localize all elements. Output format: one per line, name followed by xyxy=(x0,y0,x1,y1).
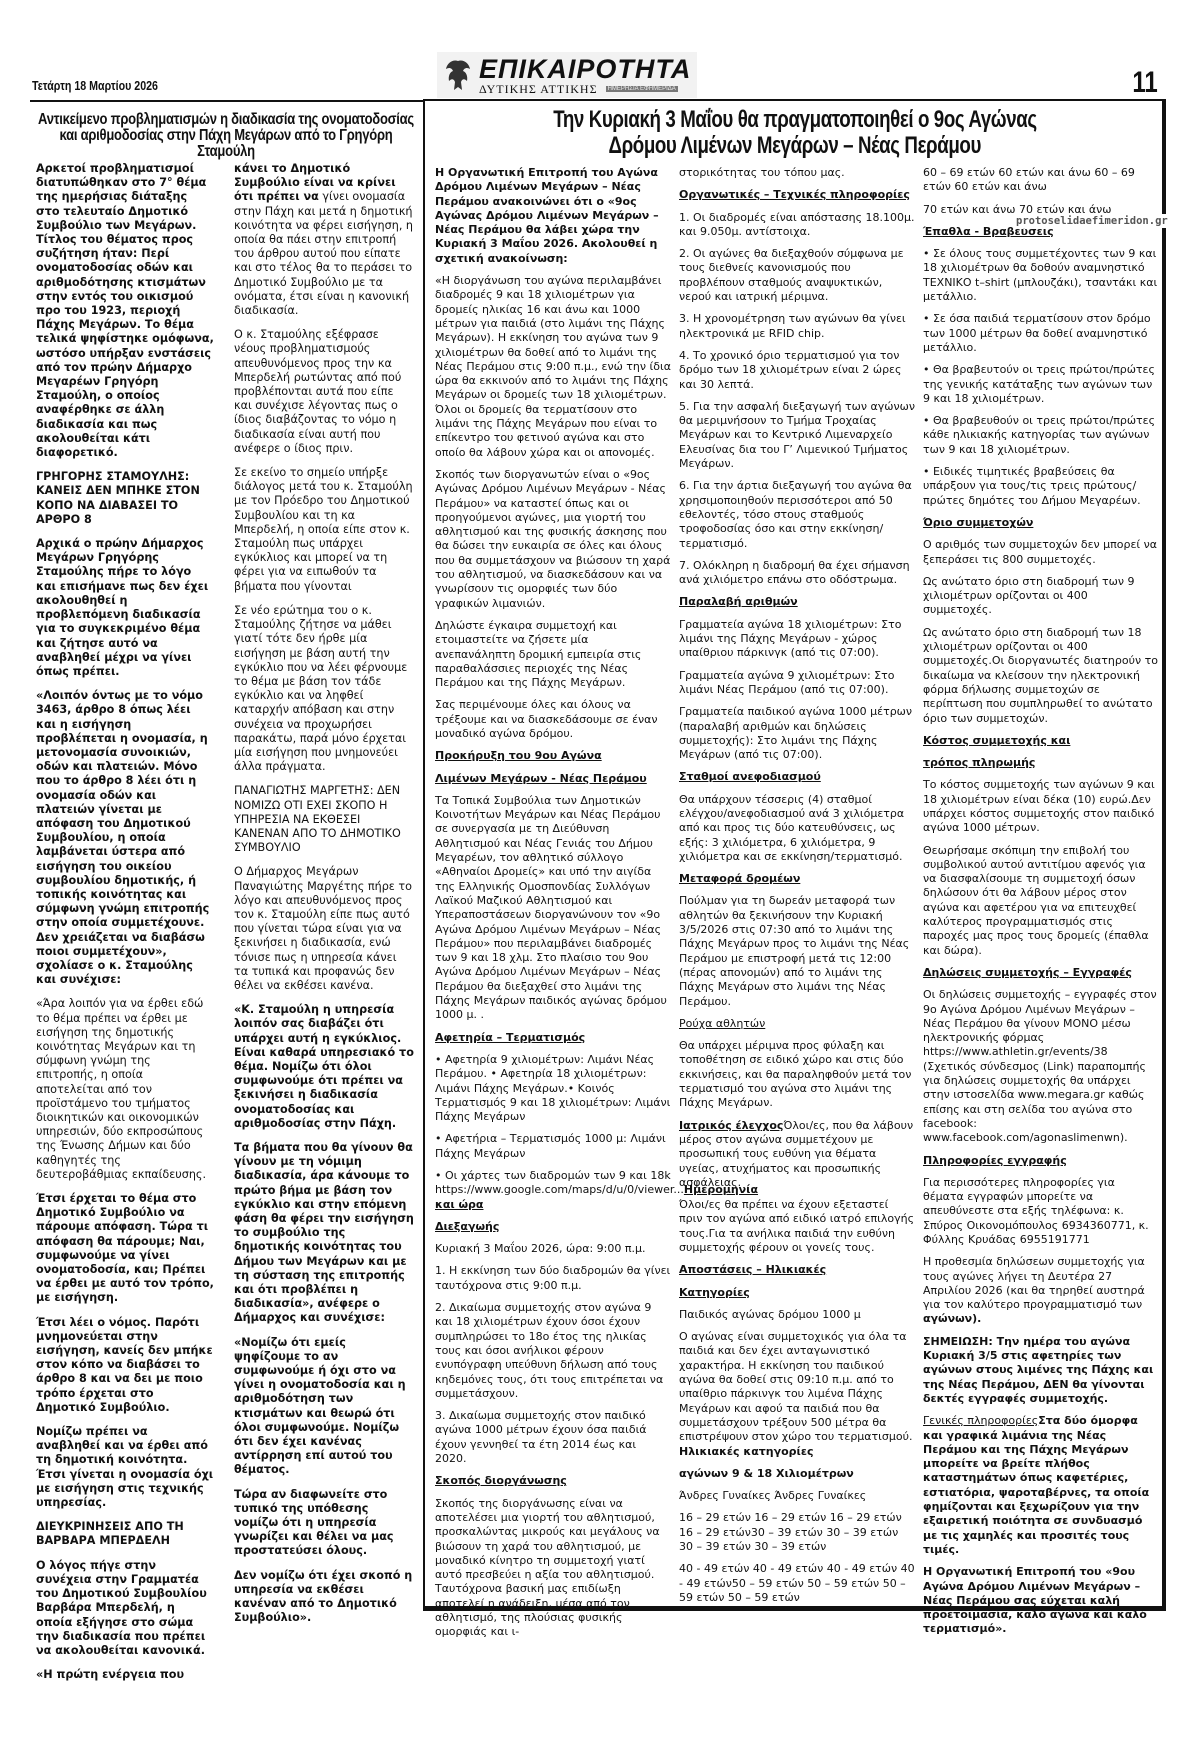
eagle-icon xyxy=(443,57,473,93)
section-heading: Λιμένων Μεγάρων - Νέας Περάμου xyxy=(435,772,671,786)
paragraph: Νομίζω πρέπει να αναβληθεί και να έρθει … xyxy=(36,1425,214,1510)
paragraph: Έτσι έρχεται το θέμα στο Δημοτικό Συμβού… xyxy=(36,1192,214,1306)
paragraph: Γραμματεία αγώνα 18 χιλιομέτρων: Στο λιμ… xyxy=(679,618,915,661)
paragraph-text: Τα βήματα που θα γίνουν θα γίνουν με τη … xyxy=(234,1141,414,1324)
paragraph: Η Οργανωτική Επιτροπή του Αγώνα Δρόμου Λ… xyxy=(435,166,671,266)
newspaper-logo: ΕΠΙΚΑΙΡΟΤΗΤΑ ΔΥΤΙΚΗΣ ΑΤΤΙΚΗΣ ΗΜΕΡΗΣΙΑ ΕΦ… xyxy=(437,52,697,98)
paragraph-text: Σε εκείνο το σημείο υπήρξε διάλογος μετά… xyxy=(234,466,413,593)
paragraph-text: γίνει ονομασία στην Πάχη και μετά η δημο… xyxy=(234,190,413,317)
paragraph-text: Αρχικά ο πρώην Δήμαρχος Μεγάρων Γρηγόρης… xyxy=(36,537,208,678)
paragraph: Σε νέο ερώτημα του ο κ. Σταμούλης ζήτησε… xyxy=(234,604,414,774)
section-heading: Παραλαβή αριθμών xyxy=(679,595,915,609)
paragraph: «Άρα λοιπόν για να έρθει εδώ το θέμα πρέ… xyxy=(36,997,214,1182)
paragraph: Θεωρήσαμε σκόπιμη την επιβολή του συμβολ… xyxy=(923,844,1159,958)
paragraph: • Αφετηρία 9 χιλιομέτρων: Λιμάνι Νέας Πε… xyxy=(435,1053,671,1124)
paragraph: Σε εκείνο το σημείο υπήρξε διάλογος μετά… xyxy=(234,466,414,594)
paragraph: ΣΗΜΕΙΩΣΗ: Την ημέρα του αγώνα Κυριακή 3/… xyxy=(923,1335,1159,1406)
paragraph: Γραμματεία παιδικού αγώνα 1000 μέτρων (π… xyxy=(679,705,915,762)
paragraph-text: Η προθεσμία δηλώσεων συμμετοχής για τους… xyxy=(923,1255,1145,1311)
paragraph: 40 - 49 ετών 40 - 49 ετών 40 - 49 ετών 4… xyxy=(679,1562,915,1605)
left-article-headline: Αντικείμενο προβληματισμών η διαδικασία … xyxy=(33,104,419,166)
paragraph: «Κ. Σταμούλη η υπηρεσία λοιπόν σας διαβά… xyxy=(234,1003,414,1131)
paragraph: Η προθεσμία δηλώσεων συμμετοχής για τους… xyxy=(923,1255,1159,1326)
race-headline-line-1: Την Κυριακή 3 Μαΐου θα πραγματοποιηθεί ο… xyxy=(553,107,1037,133)
section-heading: Δηλώσεις συμμετοχής – Εγγραφές xyxy=(923,966,1159,980)
paragraph-text: ΠΑΝΑΓΙΩΤΗΣ ΜΑΡΓΕΤΗΣ: ΔΕΝ ΝΟΜΙΖΩ ΟΤΙ ΕΧΕΙ… xyxy=(234,784,401,854)
paragraph-text: Δεν νομίζω ότι έχει σκοπό η υπηρεσία να … xyxy=(234,1569,412,1625)
paragraph: Ο κ. Σταμούλης εξέφρασε νέους προβληματι… xyxy=(234,328,414,456)
paragraph-text: Αρκετοί προβληματισμοί διατυπώθηκαν στο … xyxy=(36,162,214,459)
watermark: protoselidaefimeridon.gr xyxy=(1014,214,1170,228)
paragraph: Δηλώστε έγκαιρα συμμετοχή και ετοιμαστεί… xyxy=(435,619,671,690)
section-heading: Οργανωτικές – Τεχνικές πληροφορίες xyxy=(679,188,915,202)
section-heading: Αποστάσεις – Ηλικιακές xyxy=(679,1263,915,1277)
left-article-column-2: κάνει το Δημοτικό Συμβούλιο είναι να κρί… xyxy=(234,162,414,1636)
paragraph-text: Έτσι λέει ο νόμος. Παρότι μνημονεύεται σ… xyxy=(36,1316,213,1414)
paragraph: «Νομίζω ότι εμείς ψηφίζουμε το αν συμφων… xyxy=(234,1336,414,1478)
paragraph: Γενικές πληροφορίεςΣτα δύο όμορφα και γρ… xyxy=(923,1414,1159,1557)
section-heading: Σταθμοί ανεφοδιασμού xyxy=(679,770,915,784)
paragraph: Ο λόγος πήγε στην συνέχεια στην Γραμματέ… xyxy=(36,1559,214,1658)
paragraph: Οι δηλώσεις συμμετοχής – εγγραφές στον 9… xyxy=(923,988,1159,1145)
header-rule xyxy=(30,100,425,102)
logo-tag: ΗΜΕΡΗΣΙΑ ΕΦΗΜΕΡΙΔΑ xyxy=(606,86,678,92)
paragraph: Κυριακή 3 Μαΐου 2026, ώρα: 9:00 π.μ. xyxy=(435,1242,671,1256)
paragraph-text: Έτσι έρχεται το θέμα στο Δημοτικό Συμβού… xyxy=(36,1192,214,1304)
paragraph: Σκοπός των διοργανωτών είναι ο «9ος Αγών… xyxy=(435,468,671,611)
paragraph: Τα Τοπικά Συμβούλια των Δημοτικών Κοινοτ… xyxy=(435,794,671,1023)
race-headline: Την Κυριακή 3 Μαΐου θα πραγματοποιηθεί ο… xyxy=(425,101,1164,159)
paragraph: ΓΡΗΓΟΡΗΣ ΣΤΑΜΟΥΛΗΣ: ΚΑΝΕΙΣ ΔΕΝ ΜΠΗΚΕ ΣΤΟ… xyxy=(36,470,214,527)
paragraph: Ο αγώνας είναι συμμετοχικός για όλα τα π… xyxy=(679,1330,915,1459)
paragraph: Για περισσότερες πληροφορίες για θέματα … xyxy=(923,1176,1159,1247)
section-heading: τρόπος πληρωμής xyxy=(923,756,1159,770)
paragraph: Αρχικά ο πρώην Δήμαρχος Μεγάρων Γρηγόρης… xyxy=(36,537,214,679)
paragraph: Ο αριθμός των συμμετοχών δεν μπορεί να ξ… xyxy=(923,538,1159,567)
paragraph: 6. Για την άρτια διεξαγωγή του αγώνα θα … xyxy=(679,479,915,550)
paragraph: Η Οργανωτική Επιτροπή του «9ου Αγώνα Δρό… xyxy=(923,1565,1159,1636)
paragraph-text: «Η πρώτη ενέργεια που xyxy=(36,1668,184,1681)
paragraph: Ως ανώτατο όριο στη διαδρομή των 9 χιλιο… xyxy=(923,575,1159,618)
paragraph: Σκοπός της διοργάνωσης είναι να αποτελέσ… xyxy=(435,1497,671,1640)
left-article: Αντικείμενο προβληματισμών η διαδικασία … xyxy=(30,104,422,166)
paragraph: 1. Η εκκίνηση των δύο διαδρομών θα γίνει… xyxy=(435,1264,671,1293)
paragraph: αγώνων 9 & 18 Χιλιομέτρων xyxy=(679,1467,915,1481)
paragraph: Θα υπάρχουν τέσσερις (4) σταθμοί ελέγχου… xyxy=(679,793,915,864)
paragraph: στορικότητας του τόπου μας. xyxy=(679,166,915,180)
paragraph: ΠΑΝΑΓΙΩΤΗΣ ΜΑΡΓΕΤΗΣ: ΔΕΝ ΝΟΜΙΖΩ ΟΤΙ ΕΧΕΙ… xyxy=(234,784,414,855)
paragraph: 3. Η χρονομέτρηση των αγώνων θα γίνει ηλ… xyxy=(679,312,915,341)
paragraph-text: «Κ. Σταμούλη η υπηρεσία λοιπόν σας διαβά… xyxy=(234,1003,414,1130)
paragraph: «Η διοργάνωση του αγώνα περιλαμβάνει δια… xyxy=(435,274,671,460)
section-heading: Κόστος συμμετοχής και xyxy=(923,734,1159,748)
paragraph-text: «Άρα λοιπόν για να έρθει εδώ το θέμα πρέ… xyxy=(36,997,206,1180)
paragraph-text: ΓΡΗΓΟΡΗΣ ΣΤΑΜΟΥΛΗΣ: ΚΑΝΕΙΣ ΔΕΝ ΜΠΗΚΕ ΣΤΟ… xyxy=(36,470,200,526)
section-heading: Προκήρυξη του 9ου Αγώνα xyxy=(435,749,671,763)
section-heading: Κατηγορίες xyxy=(679,1286,915,1300)
paragraph: • Θα βραβευτούν οι τρεις πρώτοι/πρώτες τ… xyxy=(923,363,1159,406)
race-headline-line-2: Δρόμου Λιμένων Μεγάρων – Νέας Περάμου xyxy=(608,133,980,159)
paragraph: 16 – 29 ετών 16 – 29 ετών 16 – 29 ετών 1… xyxy=(679,1511,915,1554)
paragraph: 60 – 69 ετών 60 ετών και άνω 60 – 69 ετώ… xyxy=(923,166,1159,195)
race-column-2: στορικότητας του τόπου μας.Οργανωτικές –… xyxy=(679,166,915,1613)
page-number: 11 xyxy=(1133,66,1158,100)
paragraph: • Ειδικές τιμητικές βραβεύσεις θα υπάρξο… xyxy=(923,465,1159,508)
paragraph: Παιδικός αγώνας δρόμου 1000 μ xyxy=(679,1308,915,1322)
paragraph-text: Σε νέο ερώτημα του ο κ. Σταμούλης ζήτησε… xyxy=(234,604,407,773)
paragraph: • Σε όσα παιδιά τερματίσουν στον δρόμο τ… xyxy=(923,312,1159,355)
paragraph: «Η πρώτη ενέργεια που xyxy=(36,1668,214,1682)
section-heading: Ρούχα αθλητών xyxy=(679,1017,915,1031)
paragraph: 2. Οι αγώνες θα διεξαχθούν σύμφωνα με το… xyxy=(679,247,915,304)
paragraph: 7. Ολόκληρη η διαδρομή θα έχει σήμανση α… xyxy=(679,559,915,588)
paragraph: • Οι χάρτες των διαδρομών των 9 και 18k … xyxy=(435,1169,671,1212)
inline-heading: αγώνων). xyxy=(923,1312,981,1325)
inline-heading: Γενικές πληροφορίες xyxy=(923,1414,1038,1427)
paragraph: 4. Το χρονικό όριο τερματισμού για τον δ… xyxy=(679,349,915,392)
paragraph: Άνδρες Γυναίκες Άνδρες Γυναίκες xyxy=(679,1489,915,1503)
paragraph-text: ΔΙΕΥΚΡΙΝΗΣΕΙΣ ΑΠΟ ΤΗ ΒΑΡΒΑΡΑ ΜΠΕΡΔΕΛΗ xyxy=(36,1520,184,1547)
paragraph: Αρκετοί προβληματισμοί διατυπώθηκαν στο … xyxy=(36,162,214,460)
inline-heading: Ιατρικός έλεγχος xyxy=(679,1119,783,1132)
paragraph-text: Ο λόγος πήγε στην συνέχεια στην Γραμματέ… xyxy=(36,1559,207,1657)
logo-subtitle: ΔΥΤΙΚΗΣ ΑΤΤΙΚΗΣ xyxy=(479,83,598,96)
section-heading: Πληροφορίες εγγραφής xyxy=(923,1154,1159,1168)
paragraph-text: «Λοιπόν όντως με το νόμο 3463, άρθρο 8 ό… xyxy=(36,689,209,986)
paragraph: ΔΙΕΥΚΡΙΝΗΣΕΙΣ ΑΠΟ ΤΗ ΒΑΡΒΑΡΑ ΜΠΕΡΔΕΛΗ xyxy=(36,1520,214,1548)
paragraph-text: Νομίζω πρέπει να αναβληθεί και να έρθει … xyxy=(36,1425,213,1509)
paragraph-text: Στα δύο όμορφα και γραφικά λιμάνια της Ν… xyxy=(923,1414,1149,1556)
paragraph: Πούλμαν για τη δωρεάν μεταφορά των αθλητ… xyxy=(679,894,915,1008)
paragraph: Γραμματεία αγώνα 9 χιλιομέτρων: Στο λιμά… xyxy=(679,669,915,698)
paragraph: • Θα βραβευθούν οι τρεις πρώτοι/πρώτες κ… xyxy=(923,414,1159,457)
race-column-1: Η Οργανωτική Επιτροπή του Αγώνα Δρόμου Λ… xyxy=(435,166,671,1648)
paragraph-text: • Οι χάρτες των διαδρομών των 9 και 18k … xyxy=(435,1169,684,1196)
section-heading: Όριο συμμετοχών xyxy=(923,516,1159,530)
paragraph: Δεν νομίζω ότι έχει σκοπό η υπηρεσία να … xyxy=(234,1569,414,1626)
paragraph: Το κόστος συμμετοχής των αγώνων 9 και 18… xyxy=(923,778,1159,835)
paragraph: Ιατρικός έλεγχοςΌλοι/ες, που θα λάβουν μ… xyxy=(679,1119,915,1190)
paragraph-text: Ο αγώνας είναι συμμετοχικός για όλα τα π… xyxy=(679,1330,912,1443)
section-heading: Μεταφορά δρομέων xyxy=(679,872,915,886)
paragraph-text: «Νομίζω ότι εμείς ψηφίζουμε το αν συμφων… xyxy=(234,1336,406,1477)
masthead: Τετάρτη 18 Μαρτίου 2026 ΕΠΙΚΑΙΡΟΤΗΤΑ ΔΥΤ… xyxy=(0,0,1200,105)
paragraph: • Αφετήρια – Τερματισμός 1000 μ: Λιμάνι … xyxy=(435,1132,671,1161)
section-heading: Διεξαγωής xyxy=(435,1220,671,1234)
paragraph: Ως ανώτατο όριο στη διαδρομή των 18 χιλι… xyxy=(923,626,1159,726)
paragraph: «Λοιπόν όντως με το νόμο 3463, άρθρο 8 ό… xyxy=(36,689,214,987)
race-column-3: 60 – 69 ετών 60 ετών και άνω 60 – 69 ετώ… xyxy=(923,166,1159,1645)
paragraph: • Σε όλους τους συμμετέχοντες των 9 και … xyxy=(923,247,1159,304)
paragraph: Τώρα αν διαφωνείτε στο τυπικό της υπόθεσ… xyxy=(234,1488,414,1559)
paragraph: Τα βήματα που θα γίνουν θα γίνουν με τη … xyxy=(234,1141,414,1326)
race-announcement-box: Την Κυριακή 3 Μαΐου θα πραγματοποιηθεί ο… xyxy=(423,99,1166,1611)
paragraph: 1. Οι διαδρομές είναι απόστασης 18.100μ.… xyxy=(679,211,915,240)
paragraph: Έτσι λέει ο νόμος. Παρότι μνημονεύεται σ… xyxy=(36,1316,214,1415)
inline-heading: Ηλικιακές κατηγορίες xyxy=(679,1445,813,1458)
paragraph: 2. Δικαίωμα συμμετοχής στον αγώνα 9 και … xyxy=(435,1301,671,1401)
paragraph-text: Ο κ. Σταμούλης εξέφρασε νέους προβληματι… xyxy=(234,328,401,455)
section-heading: Σκοπός διοργάνωσης xyxy=(435,1474,671,1488)
paragraph: Θα υπάρχει μέριμνα προς φύλαξη και τοποθ… xyxy=(679,1039,915,1110)
paragraph: Όλοι/ες θα πρέπει να έχουν εξεταστεί πρι… xyxy=(679,1198,915,1255)
left-article-column-1: Αρκετοί προβληματισμοί διατυπώθηκαν στο … xyxy=(36,162,214,1692)
paragraph: 5. Για την ασφαλή διεξαγωγή των αγώνων θ… xyxy=(679,400,915,471)
paragraph: 3. Δικαίωμα συμμετοχής στον παιδικό αγών… xyxy=(435,1409,671,1466)
logo-title: ΕΠΙΚΑΙΡΟΤΗΤΑ xyxy=(479,55,691,83)
paragraph: Σας περιμένουμε όλες και όλους να τρέξου… xyxy=(435,698,671,741)
paragraph: Ο Δήμαρχος Μεγάρων Παναγιώτης Μαργέτης π… xyxy=(234,865,414,993)
paragraph: κάνει το Δημοτικό Συμβούλιο είναι να κρί… xyxy=(234,162,414,318)
issue-date: Τετάρτη 18 Μαρτίου 2026 xyxy=(32,78,158,93)
paragraph-text: Τώρα αν διαφωνείτε στο τυπικό της υπόθεσ… xyxy=(234,1488,394,1558)
paragraph-text: Ο Δήμαρχος Μεγάρων Παναγιώτης Μαργέτης π… xyxy=(234,865,412,992)
section-heading: Αφετηρία – Τερματισμός xyxy=(435,1031,671,1045)
